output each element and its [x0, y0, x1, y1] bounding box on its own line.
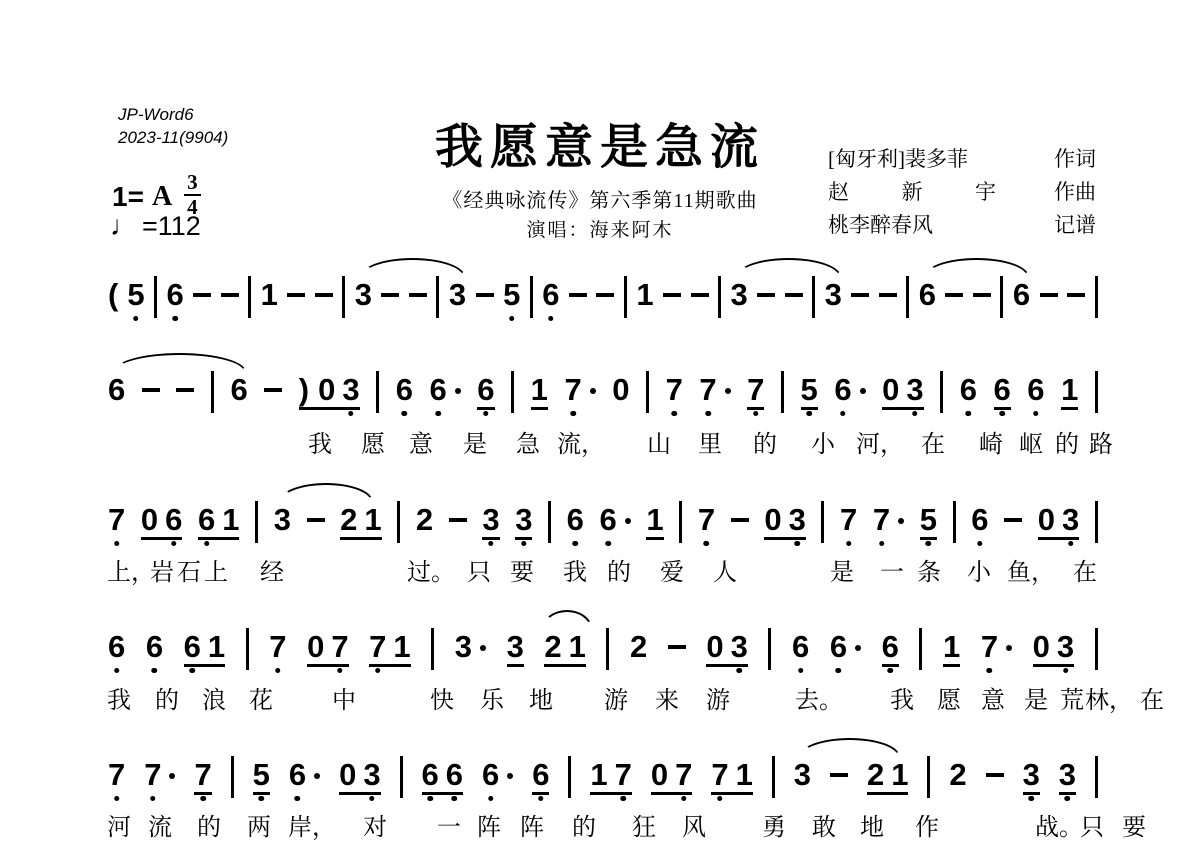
- barline: [511, 371, 514, 413]
- note-0: 0: [141, 503, 158, 536]
- lyric-syllable: 过。: [407, 552, 455, 587]
- note-3: 3: [1023, 758, 1040, 791]
- note-2: 2: [630, 630, 647, 663]
- note-group: 3: [1059, 758, 1076, 795]
- lyric-syllable: 山: [647, 424, 671, 459]
- note-group: 5: [253, 758, 270, 795]
- note-group: 6: [567, 503, 584, 536]
- note-6: 6: [396, 373, 413, 406]
- dot-icon: [1006, 645, 1012, 651]
- lyric-syllable: 的: [753, 424, 777, 459]
- lyrics-line-4: 河流的两岸，对一阵阵的狂风勇敢地作战。只要: [0, 807, 1200, 841]
- note-group: 7: [747, 373, 764, 410]
- dash: [731, 518, 749, 522]
- lyric-syllable: 要: [1122, 807, 1146, 842]
- tempo-marking: ♩ = 112: [110, 210, 201, 242]
- note-6: 6: [230, 373, 247, 406]
- lyric-syllable: 浪: [202, 680, 226, 715]
- tie-arc: [360, 258, 465, 277]
- dot-icon: [507, 773, 513, 779]
- lyric-syllable: 路: [1089, 424, 1113, 459]
- dash: [221, 293, 239, 297]
- tempo-equals: =: [142, 211, 158, 242]
- lyrics-line-2: 上，岩石上经过。只要我的爱人是一条小鱼，在: [0, 552, 1200, 586]
- note-group: 61: [184, 630, 226, 667]
- barline: [718, 276, 721, 318]
- lyric-syllable: 经: [260, 552, 284, 587]
- tie-arc: [799, 738, 900, 757]
- lyric-syllable: 去。: [795, 680, 843, 715]
- lyric-syllable: 花: [249, 680, 273, 715]
- note-group: 3: [825, 278, 842, 311]
- barline: [953, 501, 956, 543]
- note-0: 0: [1033, 630, 1050, 663]
- lyric-syllable: 战。: [1035, 807, 1083, 842]
- note-group: 3: [507, 630, 524, 667]
- tie-arc: [924, 258, 1029, 277]
- lyric-syllable: 勇: [762, 807, 786, 842]
- lyric-syllable: 是: [463, 424, 487, 459]
- lyric-syllable: 石: [177, 552, 201, 587]
- dash: [596, 293, 614, 297]
- note-5: 5: [127, 278, 144, 311]
- note-1: 1: [393, 630, 410, 663]
- note-group: 6: [994, 373, 1011, 410]
- note-7: 7: [108, 758, 125, 791]
- barline: [606, 628, 609, 670]
- note-1: 1: [531, 373, 548, 406]
- dot-icon: [314, 773, 320, 779]
- note-group: 03: [1033, 630, 1075, 667]
- barline: [906, 276, 909, 318]
- lyric-syllable: 意: [409, 424, 433, 459]
- note-1: 1: [364, 503, 381, 536]
- lyric-syllable: 游: [706, 680, 730, 715]
- lyric-syllable: 只: [1080, 807, 1104, 842]
- music-line-1: (561335613366: [108, 256, 1098, 318]
- note-group: 6: [542, 278, 559, 311]
- note-group: 6: [108, 630, 125, 663]
- barline: [1095, 756, 1098, 798]
- note-6: 6: [422, 758, 439, 791]
- note-group: 21: [544, 630, 586, 667]
- note-group: 6: [834, 373, 865, 406]
- tempo-bpm: 112: [158, 211, 201, 242]
- lyric-syllable: 鱼，: [1007, 552, 1055, 587]
- lyric-syllable: 里: [698, 424, 722, 459]
- lyric-syllable: 河，: [856, 424, 904, 459]
- barline: [248, 276, 251, 318]
- note-3: 3: [274, 503, 291, 536]
- dash: [287, 293, 305, 297]
- sheet-music-page: { "meta": {"line1": "JP-Word6", "line2":…: [0, 0, 1200, 850]
- note-group: 6: [230, 373, 247, 406]
- note-group: 3: [482, 503, 499, 540]
- note-6: 6: [1013, 278, 1030, 311]
- note-0: 0: [612, 373, 629, 406]
- dot-icon: [480, 645, 486, 651]
- lyric-syllable: 两: [247, 807, 271, 842]
- credits-block: [匈牙利]裴多菲作词赵新宇作曲桃李醉春风记谱: [828, 143, 1096, 242]
- tie-arc: [113, 353, 246, 372]
- barline: [781, 371, 784, 413]
- lyric-syllable: 只: [467, 552, 491, 587]
- lyric-syllable: 上: [204, 552, 228, 587]
- lyric-syllable: 小: [967, 552, 991, 587]
- note-group: 03: [764, 503, 806, 540]
- note-0: 0: [339, 758, 356, 791]
- note-7: 7: [108, 503, 125, 536]
- note-group: 6: [289, 758, 320, 791]
- note-group: 1: [261, 278, 278, 311]
- dash: [945, 293, 963, 297]
- note-6: 6: [477, 373, 494, 406]
- barline: [530, 276, 533, 318]
- note-1: 1: [646, 503, 663, 536]
- note-2: 2: [416, 503, 433, 536]
- note-group: 3: [731, 278, 748, 311]
- tie-arc: [542, 610, 592, 629]
- barline: [1095, 276, 1098, 318]
- note-group: 3: [355, 278, 372, 311]
- dash: [1004, 518, 1022, 522]
- note-1: 1: [222, 503, 239, 536]
- lyric-syllable: 的: [1055, 424, 1079, 459]
- note-0: 0: [318, 373, 335, 406]
- barline: [812, 276, 815, 318]
- music-line-4: 66617077133212036661703: [108, 608, 1098, 670]
- lyric-syllable: 快: [430, 680, 454, 715]
- key-prefix: 1=: [112, 181, 144, 213]
- lyric-syllable: 人: [713, 552, 737, 587]
- note-group: 6: [919, 278, 936, 311]
- lyric-syllable: 意: [981, 680, 1005, 715]
- note-6: 6: [482, 758, 499, 791]
- lyric-syllable: 小: [811, 424, 835, 459]
- dash: [986, 773, 1004, 777]
- note-group: 3: [1023, 758, 1040, 795]
- lyric-syllable: 一: [437, 807, 461, 842]
- note-6: 6: [882, 630, 899, 663]
- note-group: 2: [949, 758, 966, 791]
- tie-arc: [279, 483, 373, 502]
- note-6: 6: [792, 630, 809, 663]
- barline: [436, 276, 439, 318]
- music-line-5: 77756036666170771321233: [108, 736, 1098, 798]
- note-6: 6: [830, 630, 847, 663]
- note-group: 7: [840, 503, 857, 536]
- lyric-syllable: 的: [572, 807, 596, 842]
- barline: [397, 501, 400, 543]
- barline: [940, 371, 943, 413]
- note-7: 7: [144, 758, 161, 791]
- credit-role: 作曲: [1054, 176, 1096, 209]
- note-0: 0: [307, 630, 324, 663]
- dash: [315, 293, 333, 297]
- note-7: 7: [675, 758, 692, 791]
- lyric-syllable: 荒: [1060, 680, 1084, 715]
- note-group: 6: [167, 278, 184, 311]
- credit-name: [匈牙利]裴多菲: [828, 143, 968, 176]
- note-0: 0: [1038, 503, 1055, 536]
- note-group: 1: [636, 278, 653, 311]
- dash: [381, 293, 399, 297]
- note-6: 6: [971, 503, 988, 536]
- dash: [264, 388, 282, 392]
- note-7: 7: [711, 758, 728, 791]
- lyric-syllable: 乐: [480, 680, 504, 715]
- dash: [449, 518, 467, 522]
- lyrics-line-1: 我愿意是急流，山里的小河，在崎岖的路: [0, 424, 1200, 458]
- barline: [231, 756, 234, 798]
- note-7: 7: [269, 630, 286, 663]
- note-3: 3: [515, 503, 532, 536]
- lyric-syllable: 在: [1073, 552, 1097, 587]
- note-6: 6: [146, 630, 163, 663]
- note-group: 3: [449, 278, 466, 311]
- note-group: 6: [146, 630, 163, 663]
- note-3: 3: [482, 503, 499, 536]
- note-group: 7: [108, 758, 125, 791]
- note-group: 21: [867, 758, 909, 795]
- note-group: 6: [430, 373, 461, 406]
- barline: [255, 501, 258, 543]
- note-6: 6: [1027, 373, 1044, 406]
- note-7: 7: [840, 503, 857, 536]
- note-group: 7: [269, 630, 286, 663]
- barline: [1095, 371, 1098, 413]
- credit-role: 记谱: [1054, 209, 1096, 242]
- lyric-syllable: 流，: [557, 424, 605, 459]
- note-3: 3: [507, 630, 524, 663]
- note-7: 7: [331, 630, 348, 663]
- credit-role: 作词: [1054, 143, 1096, 176]
- note-2: 2: [867, 758, 884, 791]
- note-group: 6: [960, 373, 977, 406]
- note-group: 07: [307, 630, 349, 667]
- note-3: 3: [455, 630, 472, 663]
- dash: [757, 293, 775, 297]
- dash: [476, 293, 494, 297]
- barline: [548, 501, 551, 543]
- quarter-note-icon: ♩: [110, 210, 138, 242]
- note-6: 6: [430, 373, 447, 406]
- note-1: 1: [636, 278, 653, 311]
- dash: [409, 293, 427, 297]
- note-group: 5: [920, 503, 937, 540]
- lyric-syllable: 流: [148, 807, 172, 842]
- lyric-syllable: 的: [155, 680, 179, 715]
- note-1: 1: [736, 758, 753, 791]
- credit-row-0: [匈牙利]裴多菲作词: [828, 143, 1096, 176]
- lyric-syllable: 岸，: [288, 807, 336, 842]
- note-6: 6: [167, 278, 184, 311]
- dash: [193, 293, 211, 297]
- note-group: 6: [482, 758, 513, 791]
- note-group: 03: [882, 373, 924, 410]
- note-group: 21: [340, 503, 382, 540]
- note-group: 5: [801, 373, 818, 410]
- note-group: 6: [600, 503, 631, 536]
- dash: [663, 293, 681, 297]
- note-group: 7: [108, 503, 125, 536]
- dash: [142, 388, 160, 392]
- paren-icon: ): [299, 373, 309, 406]
- note-group: 7: [981, 630, 1012, 663]
- note-6: 6: [289, 758, 306, 791]
- note-2: 2: [544, 630, 561, 663]
- note-6: 6: [542, 278, 559, 311]
- lyric-syllable: 岖: [1019, 424, 1043, 459]
- note-group: 7: [144, 758, 175, 791]
- lyric-syllable: 条: [917, 552, 941, 587]
- note-0: 0: [651, 758, 668, 791]
- note-3: 3: [731, 278, 748, 311]
- note-0: 0: [764, 503, 781, 536]
- note-group: 71: [369, 630, 411, 667]
- note-6: 6: [834, 373, 851, 406]
- dash: [176, 388, 194, 392]
- note-3: 3: [342, 373, 359, 406]
- note-group: 1: [646, 503, 663, 540]
- lyric-syllable: 愿: [937, 680, 961, 715]
- note-7: 7: [981, 630, 998, 663]
- note-1: 1: [261, 278, 278, 311]
- lyric-syllable: 愿: [361, 424, 385, 459]
- note-6: 6: [600, 503, 617, 536]
- lyric-syllable: 的: [197, 807, 221, 842]
- note-7: 7: [615, 758, 632, 791]
- lyric-syllable: 是: [830, 552, 854, 587]
- lyric-syllable: 中: [332, 680, 356, 715]
- note-1: 1: [1061, 373, 1078, 406]
- lyric-syllable: 我: [563, 552, 587, 587]
- lyric-syllable: 河: [107, 807, 131, 842]
- barline: [646, 371, 649, 413]
- dash: [851, 293, 869, 297]
- dash: [668, 645, 686, 649]
- note-1: 1: [891, 758, 908, 791]
- dash: [1067, 293, 1085, 297]
- credit-row-2: 桃李醉春风记谱: [828, 209, 1096, 242]
- note-group: 71: [711, 758, 753, 795]
- note-1: 1: [590, 758, 607, 791]
- note-5: 5: [503, 278, 520, 311]
- note-group: 6: [792, 630, 809, 663]
- note-7: 7: [666, 373, 683, 406]
- lyric-syllable: 作: [915, 807, 939, 842]
- note-6: 6: [567, 503, 584, 536]
- barline: [1095, 501, 1098, 543]
- note-7: 7: [369, 630, 386, 663]
- lyric-syllable: 急: [516, 424, 540, 459]
- dash: [785, 293, 803, 297]
- dot-icon: [725, 388, 731, 394]
- lyric-syllable: 敢: [812, 807, 836, 842]
- barline: [154, 276, 157, 318]
- note-7: 7: [698, 503, 715, 536]
- note-group: 5: [503, 278, 520, 311]
- dash: [1040, 293, 1058, 297]
- barline: [919, 628, 922, 670]
- lyric-syllable: 我: [890, 680, 914, 715]
- dot-icon: [625, 518, 631, 524]
- note-7: 7: [194, 758, 211, 791]
- barline: [768, 628, 771, 670]
- music-line-2: 66)0366617077756036661: [108, 351, 1098, 413]
- note-7: 7: [873, 503, 890, 536]
- lyric-syllable: 要: [510, 552, 534, 587]
- note-group: 61: [198, 503, 240, 540]
- note-group: 07: [651, 758, 693, 795]
- note-5: 5: [801, 373, 818, 406]
- barline: [568, 756, 571, 798]
- dot-icon: [860, 388, 866, 394]
- meter-numerator: 3: [184, 172, 201, 196]
- lyric-syllable: 在: [921, 424, 945, 459]
- lyrics-line-3: 我的浪花中快乐地游来游去。我愿意是荒林，在: [0, 680, 1200, 714]
- note-group: 3: [455, 630, 486, 663]
- note-group: 2: [630, 630, 647, 663]
- lyric-syllable: 地: [529, 680, 553, 715]
- barline: [679, 501, 682, 543]
- note-group: 3: [274, 503, 291, 536]
- note-group: 7: [873, 503, 904, 536]
- note-group: 6: [532, 758, 549, 795]
- note-group: 66: [422, 758, 464, 795]
- note-6: 6: [108, 373, 125, 406]
- dash: [830, 773, 848, 777]
- paren-icon: (: [108, 278, 118, 311]
- credit-name-char: 宇: [975, 176, 996, 209]
- barline: [431, 628, 434, 670]
- note-1: 1: [943, 630, 960, 663]
- note-6: 6: [165, 503, 182, 536]
- lyric-syllable: 崎: [979, 424, 1003, 459]
- credit-name-char: 赵: [828, 176, 849, 209]
- credit-name-char: 新: [902, 176, 923, 209]
- note-group: 7: [698, 503, 715, 536]
- note-2: 2: [340, 503, 357, 536]
- note-group: 3: [794, 758, 811, 791]
- note-5: 5: [920, 503, 937, 536]
- barline: [376, 371, 379, 413]
- note-group: 1: [1061, 373, 1078, 410]
- note-3: 3: [1057, 630, 1074, 663]
- note-group: 6: [396, 373, 413, 406]
- note-group: 6: [108, 373, 125, 406]
- lyric-syllable: 的: [607, 552, 631, 587]
- lyric-syllable: 我: [308, 424, 332, 459]
- lyric-syllable: 一: [880, 552, 904, 587]
- note-group: )03: [299, 373, 360, 410]
- note-group: 03: [339, 758, 381, 795]
- lyric-syllable: 阵: [477, 807, 501, 842]
- dot-icon: [898, 518, 904, 524]
- lyric-syllable: 风: [682, 807, 706, 842]
- barline: [342, 276, 345, 318]
- note-6: 6: [532, 758, 549, 791]
- note-group: 1: [531, 373, 548, 410]
- note-group: 6: [1027, 373, 1044, 406]
- note-6: 6: [198, 503, 215, 536]
- note-group: 6: [882, 630, 899, 667]
- lyric-syllable: 来: [655, 680, 679, 715]
- note-7: 7: [747, 373, 764, 406]
- dot-icon: [169, 773, 175, 779]
- dash: [973, 293, 991, 297]
- note-group: 06: [141, 503, 183, 540]
